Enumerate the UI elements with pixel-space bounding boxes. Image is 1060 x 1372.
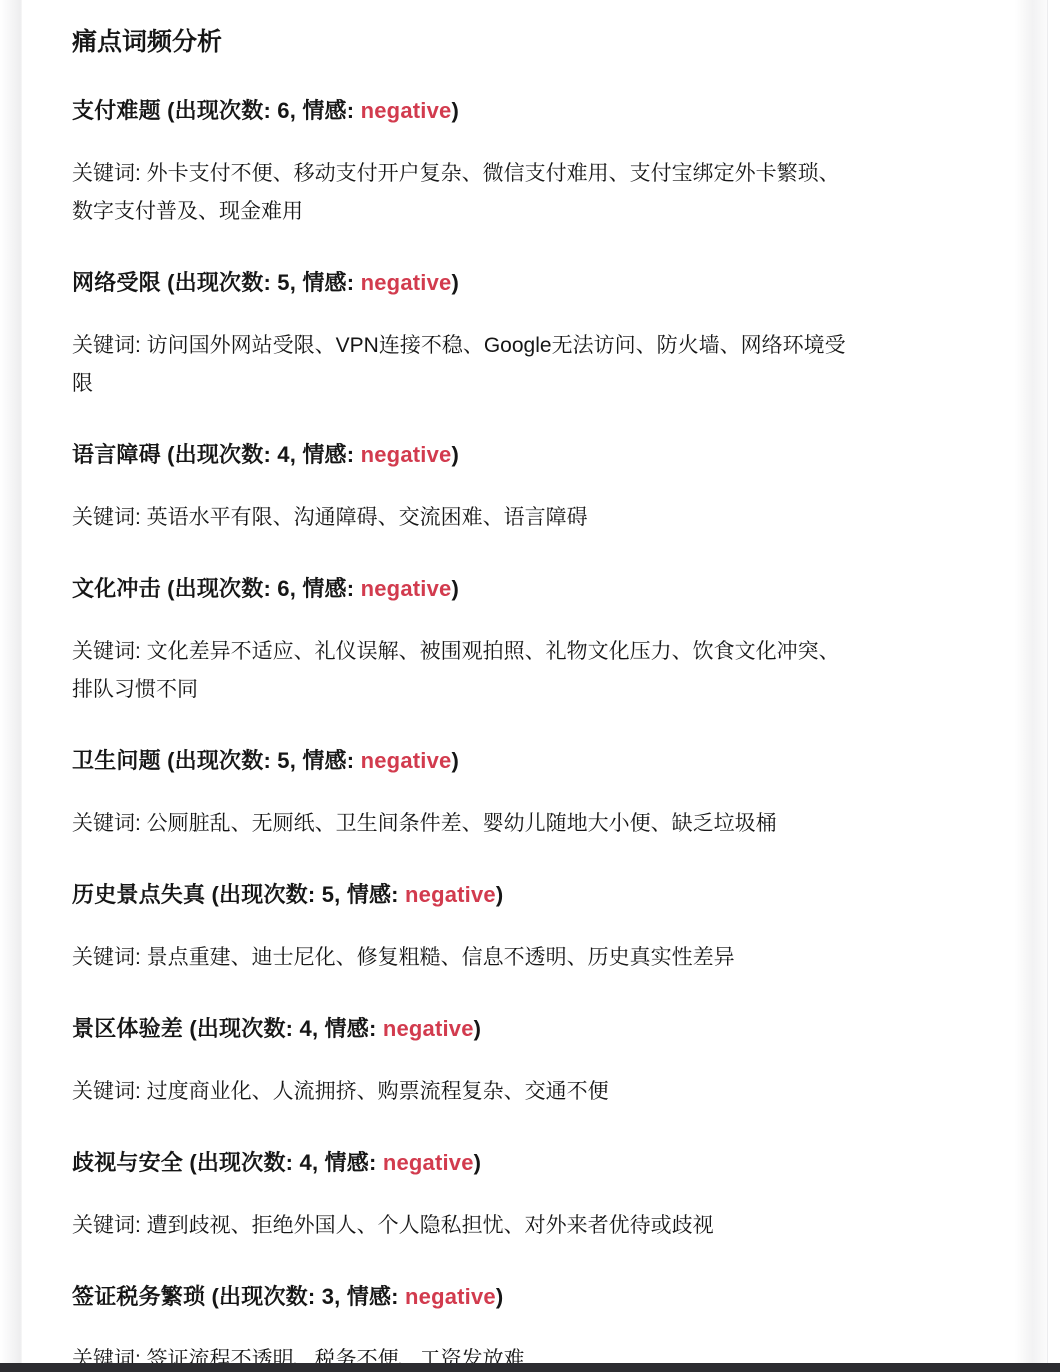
bottom-edge-bar bbox=[0, 1363, 1060, 1372]
pain-point-entry: 网络受限 (出现次数: 5, 情感: negative)关键词: 访问国外网站受… bbox=[72, 270, 990, 403]
keywords-text: 英语水平有限、沟通障碍、交流困难、语言障碍 bbox=[147, 506, 588, 529]
heading-close-paren: ) bbox=[451, 748, 459, 773]
keywords-line: 关键词: 遭到歧视、拒绝外国人、个人隐私担忧、对外来者优待或歧视 bbox=[72, 1207, 967, 1245]
keywords-line: 关键词: 外卡支付不便、移动支付开户复杂、微信支付难用、支付宝绑定外卡繁琐、 数… bbox=[72, 155, 967, 231]
occurrence-count: 6 bbox=[277, 98, 289, 123]
sentiment-value: negative bbox=[383, 1016, 474, 1041]
heading-close-paren: ) bbox=[496, 882, 504, 907]
occurrence-open-label: (出现次数: bbox=[161, 748, 277, 773]
occurrence-count: 3 bbox=[322, 1284, 334, 1309]
heading-close-paren: ) bbox=[474, 1150, 482, 1175]
pain-point-name: 支付难题 bbox=[72, 98, 161, 123]
keywords-prefix-label: 关键词: bbox=[72, 812, 147, 835]
sentiment-label: , 情感: bbox=[312, 1150, 383, 1175]
keywords-text: 过度商业化、人流拥挤、购票流程复杂、交通不便 bbox=[147, 1080, 609, 1103]
keywords-text: 外卡支付不便、移动支付开户复杂、微信支付难用、支付宝绑定外卡繁琐、 数字支付普及… bbox=[72, 162, 840, 223]
occurrence-open-label: (出现次数: bbox=[205, 882, 321, 907]
pain-point-entry: 文化冲击 (出现次数: 6, 情感: negative)关键词: 文化差异不适应… bbox=[72, 576, 990, 709]
pain-point-name: 卫生问题 bbox=[72, 748, 161, 773]
occurrence-count: 4 bbox=[300, 1150, 312, 1175]
occurrence-open-label: (出现次数: bbox=[161, 576, 277, 601]
occurrence-count: 6 bbox=[277, 576, 289, 601]
analysis-document: 痛点词频分析 支付难题 (出现次数: 6, 情感: negative)关键词: … bbox=[0, 0, 1060, 1372]
pain-point-heading: 语言障碍 (出现次数: 4, 情感: negative) bbox=[72, 442, 990, 468]
sentiment-value: negative bbox=[405, 882, 496, 907]
pain-point-heading: 签证税务繁琐 (出现次数: 3, 情感: negative) bbox=[72, 1284, 990, 1310]
pain-point-name: 歧视与安全 bbox=[72, 1150, 183, 1175]
sentiment-value: negative bbox=[361, 442, 452, 467]
keywords-line: 关键词: 英语水平有限、沟通障碍、交流困难、语言障碍 bbox=[72, 499, 967, 537]
occurrence-count: 4 bbox=[300, 1016, 312, 1041]
pain-point-heading: 历史景点失真 (出现次数: 5, 情感: negative) bbox=[72, 882, 990, 908]
sentiment-value: negative bbox=[383, 1150, 474, 1175]
sentiment-label: , 情感: bbox=[290, 442, 361, 467]
pain-point-entry: 签证税务繁琐 (出现次数: 3, 情感: negative)关键词: 签证流程不… bbox=[72, 1284, 990, 1372]
sentiment-value: negative bbox=[361, 748, 452, 773]
pain-point-entry: 支付难题 (出现次数: 6, 情感: negative)关键词: 外卡支付不便、… bbox=[72, 98, 990, 231]
heading-close-paren: ) bbox=[451, 442, 459, 467]
heading-close-paren: ) bbox=[474, 1016, 482, 1041]
keywords-prefix-label: 关键词: bbox=[72, 640, 147, 663]
heading-close-paren: ) bbox=[496, 1284, 504, 1309]
pain-point-entry: 歧视与安全 (出现次数: 4, 情感: negative)关键词: 遭到歧视、拒… bbox=[72, 1150, 990, 1245]
keywords-line: 关键词: 过度商业化、人流拥挤、购票流程复杂、交通不便 bbox=[72, 1073, 967, 1111]
pain-point-entry: 卫生问题 (出现次数: 5, 情感: negative)关键词: 公厕脏乱、无厕… bbox=[72, 748, 990, 843]
keywords-prefix-label: 关键词: bbox=[72, 162, 147, 185]
keywords-text: 访问国外网站受限、VPN连接不稳、Google无法访问、防火墙、网络环境受 限 bbox=[72, 334, 846, 395]
occurrence-open-label: (出现次数: bbox=[205, 1284, 321, 1309]
keywords-line: 关键词: 公厕脏乱、无厕纸、卫生间条件差、婴幼儿随地大小便、缺乏垃圾桶 bbox=[72, 805, 967, 843]
pain-point-sections-list: 支付难题 (出现次数: 6, 情感: negative)关键词: 外卡支付不便、… bbox=[72, 98, 990, 1372]
occurrence-count: 4 bbox=[277, 442, 289, 467]
occurrence-count: 5 bbox=[277, 270, 289, 295]
sentiment-label: , 情感: bbox=[334, 882, 405, 907]
pain-point-heading: 景区体验差 (出现次数: 4, 情感: negative) bbox=[72, 1016, 990, 1042]
page-title: 痛点词频分析 bbox=[72, 27, 990, 57]
keywords-line: 关键词: 文化差异不适应、礼仪误解、被围观拍照、礼物文化压力、饮食文化冲突、 排… bbox=[72, 633, 967, 709]
occurrence-open-label: (出现次数: bbox=[183, 1150, 299, 1175]
pain-point-name: 语言障碍 bbox=[72, 442, 161, 467]
keywords-text: 景点重建、迪士尼化、修复粗糙、信息不透明、历史真实性差异 bbox=[147, 946, 735, 969]
heading-close-paren: ) bbox=[451, 270, 459, 295]
keywords-text: 遭到歧视、拒绝外国人、个人隐私担忧、对外来者优待或歧视 bbox=[147, 1214, 714, 1237]
pain-point-heading: 文化冲击 (出现次数: 6, 情感: negative) bbox=[72, 576, 990, 602]
pain-point-entry: 景区体验差 (出现次数: 4, 情感: negative)关键词: 过度商业化、… bbox=[72, 1016, 990, 1111]
keywords-line: 关键词: 景点重建、迪士尼化、修复粗糙、信息不透明、历史真实性差异 bbox=[72, 939, 967, 977]
heading-close-paren: ) bbox=[451, 98, 459, 123]
sentiment-label: , 情感: bbox=[290, 98, 361, 123]
keywords-line: 关键词: 访问国外网站受限、VPN连接不稳、Google无法访问、防火墙、网络环… bbox=[72, 327, 967, 403]
sentiment-label: , 情感: bbox=[334, 1284, 405, 1309]
occurrence-count: 5 bbox=[322, 882, 334, 907]
pain-point-heading: 卫生问题 (出现次数: 5, 情感: negative) bbox=[72, 748, 990, 774]
pain-point-heading: 歧视与安全 (出现次数: 4, 情感: negative) bbox=[72, 1150, 990, 1176]
pain-point-entry: 语言障碍 (出现次数: 4, 情感: negative)关键词: 英语水平有限、… bbox=[72, 442, 990, 537]
pain-point-name: 网络受限 bbox=[72, 270, 161, 295]
keywords-text: 文化差异不适应、礼仪误解、被围观拍照、礼物文化压力、饮食文化冲突、 排队习惯不同 bbox=[72, 640, 840, 701]
occurrence-open-label: (出现次数: bbox=[161, 442, 277, 467]
heading-close-paren: ) bbox=[451, 576, 459, 601]
occurrence-open-label: (出现次数: bbox=[183, 1016, 299, 1041]
pain-point-heading: 支付难题 (出现次数: 6, 情感: negative) bbox=[72, 98, 990, 124]
pain-point-entry: 历史景点失真 (出现次数: 5, 情感: negative)关键词: 景点重建、… bbox=[72, 882, 990, 977]
keywords-prefix-label: 关键词: bbox=[72, 506, 147, 529]
pain-point-name: 历史景点失真 bbox=[72, 882, 205, 907]
sentiment-label: , 情感: bbox=[290, 748, 361, 773]
keywords-prefix-label: 关键词: bbox=[72, 1214, 147, 1237]
keywords-prefix-label: 关键词: bbox=[72, 1080, 147, 1103]
sentiment-label: , 情感: bbox=[290, 576, 361, 601]
keywords-prefix-label: 关键词: bbox=[72, 946, 147, 969]
keywords-prefix-label: 关键词: bbox=[72, 334, 147, 357]
sentiment-value: negative bbox=[361, 270, 452, 295]
sentiment-value: negative bbox=[405, 1284, 496, 1309]
pain-point-name: 签证税务繁琐 bbox=[72, 1284, 205, 1309]
keywords-text: 公厕脏乱、无厕纸、卫生间条件差、婴幼儿随地大小便、缺乏垃圾桶 bbox=[147, 812, 777, 835]
sentiment-label: , 情感: bbox=[312, 1016, 383, 1041]
occurrence-open-label: (出现次数: bbox=[161, 270, 277, 295]
sentiment-value: negative bbox=[361, 98, 452, 123]
sentiment-label: , 情感: bbox=[290, 270, 361, 295]
pain-point-heading: 网络受限 (出现次数: 5, 情感: negative) bbox=[72, 270, 990, 296]
pain-point-name: 文化冲击 bbox=[72, 576, 161, 601]
occurrence-open-label: (出现次数: bbox=[161, 98, 277, 123]
sentiment-value: negative bbox=[361, 576, 452, 601]
pain-point-name: 景区体验差 bbox=[72, 1016, 183, 1041]
occurrence-count: 5 bbox=[277, 748, 289, 773]
